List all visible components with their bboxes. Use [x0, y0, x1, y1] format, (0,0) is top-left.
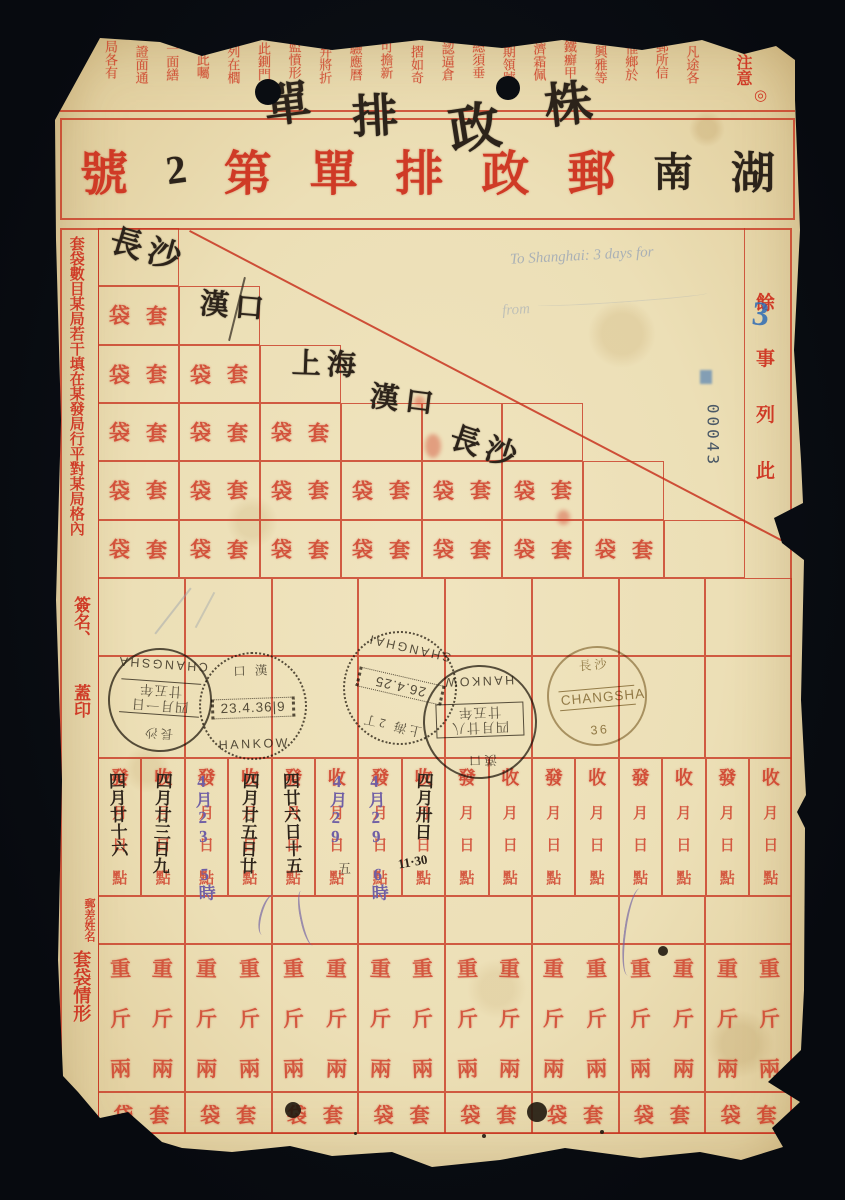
unit-label: 月 [590, 802, 605, 823]
unit-label: 點 [546, 867, 561, 888]
left-margin-bagstate-label: 套袋情形 [69, 950, 93, 1022]
weight-char: 重 [369, 953, 391, 984]
weight-char: 重 [543, 953, 565, 984]
bag-pair: 袋套 [352, 533, 411, 564]
weight-char: 重 [325, 953, 347, 984]
weight-char: 斤 [456, 1003, 478, 1034]
weight-sub-column: 重斤兩 [446, 945, 488, 1091]
weight-char: 兩 [585, 1053, 607, 1084]
unit-label: 日 [590, 834, 605, 855]
postmark-band-line: CHANGSHA [560, 687, 634, 708]
cover-char: 套 [496, 1099, 516, 1128]
postmark-band-line: 四月廿八 [439, 719, 521, 737]
weight-char: 重 [456, 953, 478, 984]
destination-header-cell [583, 461, 664, 519]
bottom-pair-cell: 袋套 [185, 1092, 272, 1134]
fine-print-column: 惟鄉於 [620, 42, 638, 81]
bag-count-cell: 袋套 [98, 286, 179, 344]
postal-form-paper: 局各有證面通一面繕討此囑列在櫚此鍘門監憤形弁將折驗應曆可擔新摺如奇認逼倉總須垂期… [52, 34, 808, 1174]
bottom-pair: 袋套 [113, 1099, 169, 1128]
postmark-date-band: 四月一日廿五年 [119, 678, 201, 718]
bag-pair: 袋套 [271, 417, 330, 448]
fine-print-column: 證面通 [131, 45, 149, 84]
weight-char: 重 [109, 953, 131, 984]
bag-char: 袋 [113, 1099, 133, 1128]
dispatch-column: 收月日點 [662, 758, 705, 896]
bag-pair: 袋套 [514, 475, 573, 506]
weight-char: 兩 [109, 1053, 131, 1084]
punch-hole [255, 79, 281, 105]
cover-char: 套 [389, 475, 411, 505]
handwritten-note-char: 排 [350, 79, 399, 147]
cover-char: 套 [227, 475, 249, 505]
fine-print-column: 總須垂 [467, 40, 485, 79]
cover-char: 套 [583, 1099, 603, 1128]
ink-spot [354, 1132, 357, 1135]
bag-char: 袋 [514, 533, 536, 563]
title-char: 排 [395, 135, 443, 204]
bag-count-cell: 袋套 [179, 461, 260, 519]
bag-pair: 袋套 [190, 533, 249, 564]
weight-char: 兩 [759, 1053, 781, 1084]
cover-char: 套 [323, 1099, 343, 1128]
postmark-date-band: 四月廿八廿五年 [435, 701, 524, 738]
punch-hole [496, 76, 520, 100]
left-margin-courier-label: 郵差姓名 [69, 898, 95, 942]
bag-pair: 袋套 [514, 533, 573, 564]
bottom-pair-cell: 袋套 [445, 1092, 532, 1134]
bag-count-cell: 袋套 [179, 345, 260, 403]
send-label: 發 [718, 764, 736, 790]
weight-sub-column: 重斤兩 [273, 945, 315, 1091]
title-char: 2 [163, 144, 189, 193]
fine-print-column: 郵所信 [651, 40, 669, 79]
dispatch-column: 發月日點 [619, 758, 662, 896]
unit-label: 日 [763, 834, 778, 855]
right-margin-divider [744, 228, 745, 524]
remarks-label-char: 事 [756, 344, 775, 371]
handwritten-date-entry: 四月廿十六 [106, 772, 128, 901]
bag-char: 袋 [200, 1099, 220, 1128]
weight-char: 斤 [630, 1003, 652, 1034]
weight-sub-column: 重斤兩 [706, 945, 748, 1091]
bag-count-cell: 袋套 [260, 461, 341, 519]
weight-char: 重 [412, 953, 434, 984]
postmark-office-label: HANKOW [218, 736, 290, 752]
mid-row-cell [98, 896, 185, 944]
ink-spot [285, 1102, 301, 1118]
cover-char: 套 [551, 534, 573, 564]
weight-char: 重 [585, 953, 607, 984]
weight-char: 兩 [196, 1053, 218, 1084]
bag-char: 袋 [109, 359, 131, 389]
bottom-pair-cell: 袋套 [358, 1092, 445, 1134]
bag-count-cell: 袋套 [98, 520, 179, 578]
weight-cell: 重斤兩重斤兩 [532, 944, 619, 1092]
weight-sub-column: 重斤兩 [186, 945, 228, 1091]
serial-number: 00043 [704, 397, 723, 475]
cover-char: 套 [308, 534, 330, 564]
fine-print-column: 驗應曆 [345, 42, 363, 81]
unit-label: 日 [546, 834, 561, 855]
cover-char: 套 [227, 534, 249, 564]
postmark-city-label: 長沙 [578, 654, 610, 675]
dispatch-column: 發月日點 [706, 758, 749, 896]
unit-label: 日 [459, 834, 474, 855]
weight-char: 重 [283, 953, 305, 984]
cover-char: 套 [149, 1099, 169, 1128]
bag-count-cell: 袋套 [98, 345, 179, 403]
cover-char: 套 [227, 417, 249, 447]
cover-char: 套 [389, 534, 411, 564]
weight-char: 斤 [325, 1003, 347, 1034]
weight-char: 斤 [196, 1003, 218, 1034]
unit-label: 點 [503, 867, 518, 888]
bottom-pair: 袋套 [460, 1099, 516, 1128]
weight-char: 斤 [499, 1003, 521, 1034]
unit-label: 月 [503, 802, 518, 823]
bag-char: 袋 [433, 476, 455, 506]
title-char: 號 [80, 135, 128, 204]
title-box: 號2第單排政郵南湖 [60, 118, 795, 220]
signature-row-cell [185, 578, 272, 656]
weight-char: 兩 [238, 1053, 260, 1084]
bottom-pair: 袋套 [374, 1099, 430, 1128]
weight-char: 斤 [585, 1003, 607, 1034]
weight-char: 斤 [109, 1003, 131, 1034]
unit-label: 月 [459, 802, 474, 823]
postmark-city-label: 漢口 [466, 751, 498, 770]
bag-pair: 袋套 [271, 533, 330, 564]
weight-sub-column: 重斤兩 [533, 945, 575, 1091]
weight-char: 重 [672, 953, 694, 984]
weight-char: 兩 [716, 1053, 738, 1084]
fine-print-column: 凡途各 [681, 45, 699, 84]
bag-char: 袋 [190, 359, 212, 389]
postmark-city-label: 長沙 [142, 724, 174, 744]
bottom-pair-cell: 袋套 [98, 1092, 185, 1134]
bag-pair: 袋套 [109, 300, 168, 331]
dispatch-column: 收月日點 [749, 758, 792, 896]
bag-count-cell: 袋套 [502, 520, 583, 578]
weight-cell: 重斤兩重斤兩 [98, 944, 185, 1092]
receive-label: 收 [675, 764, 693, 790]
bag-count-cell: 袋套 [583, 520, 664, 578]
signature-row-cell [445, 578, 532, 656]
cover-char: 套 [670, 1099, 690, 1128]
send-label: 發 [631, 764, 649, 790]
bag-char: 袋 [460, 1099, 480, 1128]
cover-char: 套 [757, 1099, 777, 1128]
weight-sub-column: 重斤兩 [575, 945, 617, 1091]
bag-pair: 袋套 [433, 533, 492, 564]
weight-char: 兩 [672, 1053, 694, 1084]
bag-pair: 袋套 [594, 533, 653, 564]
cover-char: 套 [146, 358, 168, 388]
weight-char: 斤 [543, 1003, 565, 1034]
cover-char: 套 [146, 534, 168, 564]
weight-char: 兩 [369, 1053, 391, 1084]
unit-label: 點 [676, 867, 691, 888]
bag-char: 袋 [109, 533, 131, 563]
bag-pair: 袋套 [190, 475, 249, 506]
attention-label: 注意 [731, 54, 754, 86]
weight-cell: 重斤兩重斤兩 [445, 944, 532, 1092]
receive-label: 收 [762, 764, 780, 790]
handwritten-note-char: 政 [442, 82, 505, 164]
postmark-date-band: CHANGSHA [558, 685, 636, 711]
unit-label: 月 [676, 802, 691, 823]
title-char: 第 [224, 135, 272, 204]
bag-char: 袋 [352, 533, 374, 563]
bag-pair: 袋套 [109, 417, 168, 448]
bag-pair: 袋套 [109, 533, 168, 564]
left-margin-instruction: 套袋數目某局若干填在某發局行平對某局格內 [66, 236, 84, 586]
unit-label: 點 [633, 867, 648, 888]
bottom-pair-cell: 袋套 [619, 1092, 706, 1134]
red-smudge [425, 434, 441, 458]
bag-count-cell: 袋套 [341, 520, 422, 578]
ink-spot [527, 1102, 547, 1122]
bag-pair: 袋套 [433, 475, 492, 506]
bag-char: 袋 [271, 533, 293, 563]
weight-sub-column: 重斤兩 [662, 945, 704, 1091]
weight-char: 兩 [283, 1053, 305, 1084]
weight-char: 兩 [543, 1053, 565, 1084]
weight-char: 重 [759, 953, 781, 984]
signature-row-cell [619, 578, 706, 656]
weight-sub-column: 重斤兩 [359, 945, 401, 1091]
weight-char: 兩 [325, 1053, 347, 1084]
weight-char: 兩 [499, 1053, 521, 1084]
title-char: 單 [310, 135, 358, 204]
bag-count-cell: 袋套 [98, 403, 179, 461]
cover-char: 套 [470, 475, 492, 505]
cover-char: 套 [146, 417, 168, 447]
weight-char: 斤 [759, 1003, 781, 1034]
cover-char: 套 [470, 534, 492, 564]
receive-label: 收 [588, 764, 606, 790]
bottom-pair: 袋套 [200, 1099, 256, 1128]
unit-label: 日 [676, 834, 691, 855]
destination-header-cell [664, 520, 745, 578]
weight-cell: 重斤兩重斤兩 [272, 944, 359, 1092]
title-top-rule [60, 110, 795, 112]
dispatch-column: 發月日點 [532, 758, 575, 896]
cover-char: 套 [227, 358, 249, 388]
bag-char: 袋 [374, 1099, 394, 1128]
title-char: 湖 [731, 137, 775, 201]
cover-char: 套 [410, 1099, 430, 1128]
unit-label: 月 [720, 802, 735, 823]
cover-char: 套 [146, 301, 168, 331]
title-char: 南 [653, 141, 693, 198]
postmark-office-label: 36 [590, 722, 610, 738]
unit-label: 點 [590, 867, 605, 888]
bag-count-cell: 袋套 [422, 461, 503, 519]
weight-sub-column: 重斤兩 [315, 945, 357, 1091]
remarks-label-char: 此 [756, 456, 775, 483]
signature-row-cell [532, 578, 619, 656]
bottom-pair-cell: 袋套 [705, 1092, 792, 1134]
weight-sub-column: 重斤兩 [749, 945, 791, 1091]
postmark-office-label: HANKOW [443, 673, 515, 689]
bag-char: 袋 [433, 533, 455, 563]
weight-sub-column: 重斤兩 [488, 945, 530, 1091]
cover-char: 套 [308, 417, 330, 447]
weight-char: 重 [196, 953, 218, 984]
bag-char: 袋 [514, 476, 536, 506]
unit-label: 日 [503, 834, 518, 855]
signature-row-cell [98, 578, 185, 656]
fine-print-column: 認逼倉 [437, 42, 455, 81]
weight-char: 重 [238, 953, 260, 984]
weight-char: 斤 [283, 1003, 305, 1034]
weight-char: 兩 [456, 1053, 478, 1084]
weight-sub-column: 重斤兩 [141, 945, 183, 1091]
bag-count-cell: 袋套 [422, 520, 503, 578]
bag-count-cell: 袋套 [179, 520, 260, 578]
bag-char: 袋 [109, 476, 131, 506]
unit-label: 月 [633, 802, 648, 823]
bag-pair: 袋套 [271, 475, 330, 506]
bag-pair: 袋套 [190, 358, 249, 389]
unit-label: 月 [763, 802, 778, 823]
fine-print-column: 局各有 [100, 40, 118, 79]
weight-char: 重 [152, 953, 174, 984]
unit-label: 點 [720, 867, 735, 888]
cover-char: 套 [631, 534, 653, 564]
ink-spot [658, 946, 668, 956]
dispatch-column: 收月日點 [575, 758, 618, 896]
handwritten-date-entry: 四廿六日十五 [279, 772, 301, 901]
weight-sub-column: 重斤兩 [228, 945, 270, 1091]
weight-cell: 重斤兩重斤兩 [358, 944, 445, 1092]
dispatch-column: 收月日點 [489, 758, 532, 896]
bag-char: 袋 [109, 417, 131, 447]
fine-print-column: 弁將折 [314, 45, 332, 84]
bag-char: 袋 [109, 300, 131, 330]
fine-print-column: 列在櫚 [222, 45, 240, 84]
bag-pair: 袋套 [109, 358, 168, 389]
stamp-row-cell [705, 656, 792, 758]
ink-spot [600, 1130, 604, 1134]
unit-label: 月 [546, 802, 561, 823]
bag-count-cell: 袋套 [98, 461, 179, 519]
column-header-handwriting: 上海 [291, 341, 362, 384]
bag-char: 袋 [721, 1099, 741, 1128]
bag-char: 袋 [271, 476, 293, 506]
weight-char: 斤 [152, 1003, 174, 1034]
weight-char: 重 [716, 953, 738, 984]
fine-print-column: 一面繕 [161, 42, 179, 81]
fine-print-column: 討此囑 [192, 40, 210, 79]
signature-row-cell [272, 578, 359, 656]
left-margin-sign-label: 簽名、 [68, 596, 93, 647]
unit-label: 點 [459, 867, 474, 888]
weight-char: 兩 [412, 1053, 434, 1084]
bottom-pair-cell: 袋套 [272, 1092, 359, 1134]
red-smudge [557, 510, 570, 525]
weight-char: 斤 [412, 1003, 434, 1034]
weight-sub-column: 重斤兩 [99, 945, 141, 1091]
weight-char: 斤 [716, 1003, 738, 1034]
weight-sub-column: 重斤兩 [402, 945, 444, 1091]
column-header-handwriting: 漢口 [368, 374, 442, 423]
bag-pair: 袋套 [190, 417, 249, 448]
bag-pair: 袋套 [109, 475, 168, 506]
cover-char: 套 [146, 475, 168, 505]
left-margin-seal-label: 蓋印 [68, 684, 93, 718]
signature-row-cell [705, 578, 792, 656]
bag-pair: 袋套 [352, 475, 411, 506]
weight-cell: 重斤兩重斤兩 [185, 944, 272, 1092]
weight-char: 重 [499, 953, 521, 984]
bag-char: 袋 [352, 476, 374, 506]
ink-spot [482, 1134, 486, 1138]
handwritten-note-char: 株 [541, 64, 596, 138]
bag-count-cell: 袋套 [341, 461, 422, 519]
bag-char: 袋 [190, 417, 212, 447]
bag-count-cell: 袋套 [179, 403, 260, 461]
cover-char: 套 [308, 475, 330, 505]
blue-smudge [700, 370, 712, 384]
fine-print-column: 可擔新 [375, 40, 393, 79]
weight-char: 斤 [369, 1003, 391, 1034]
bottom-pair: 袋套 [547, 1099, 603, 1128]
bag-count-cell: 袋套 [260, 403, 341, 461]
attention-circle-icon: ◎ [754, 86, 767, 105]
send-label: 發 [545, 764, 563, 790]
postmark-date-band: 23.4.36|9 [211, 697, 295, 719]
fine-print-column: 興雅等 [590, 45, 608, 84]
cover-char: 套 [551, 475, 573, 505]
unit-label: 日 [720, 834, 735, 855]
unit-label: 日 [633, 834, 648, 855]
weight-cell: 重斤兩重斤兩 [705, 944, 792, 1092]
postmark-city-label: 口 漢 [233, 660, 271, 679]
ink-scribble-char: 五 [338, 858, 351, 877]
bag-char: 袋 [190, 476, 212, 506]
weight-char: 斤 [672, 1003, 694, 1034]
cover-char: 套 [236, 1099, 256, 1128]
weight-char: 斤 [238, 1003, 260, 1034]
bag-count-cell: 袋套 [260, 520, 341, 578]
bag-char: 袋 [594, 533, 616, 563]
bag-char: 袋 [190, 533, 212, 563]
bottom-pair: 袋套 [634, 1099, 690, 1128]
fine-print-column: 摺如奇 [406, 45, 424, 84]
postmark-band-line: 23.4.36|9 [216, 699, 290, 717]
unit-label: 點 [763, 867, 778, 888]
mid-row-cell [705, 896, 792, 944]
mid-row-cell [445, 896, 532, 944]
title-char: 郵 [567, 135, 615, 204]
bottom-pair: 袋套 [721, 1099, 777, 1128]
remarks-label-char: 列 [756, 400, 775, 427]
weight-char: 兩 [152, 1053, 174, 1084]
bag-char: 袋 [547, 1099, 567, 1128]
bag-char: 袋 [271, 417, 293, 447]
weight-char: 兩 [630, 1053, 652, 1084]
bag-char: 袋 [634, 1099, 654, 1128]
page-background: 湖南郵政排單第2號 局各有證面通一面繕討此囑列在櫚此鍘門監憤形弁將折驗應曆可擔新… [0, 0, 845, 1200]
mid-row-cell [532, 896, 619, 944]
